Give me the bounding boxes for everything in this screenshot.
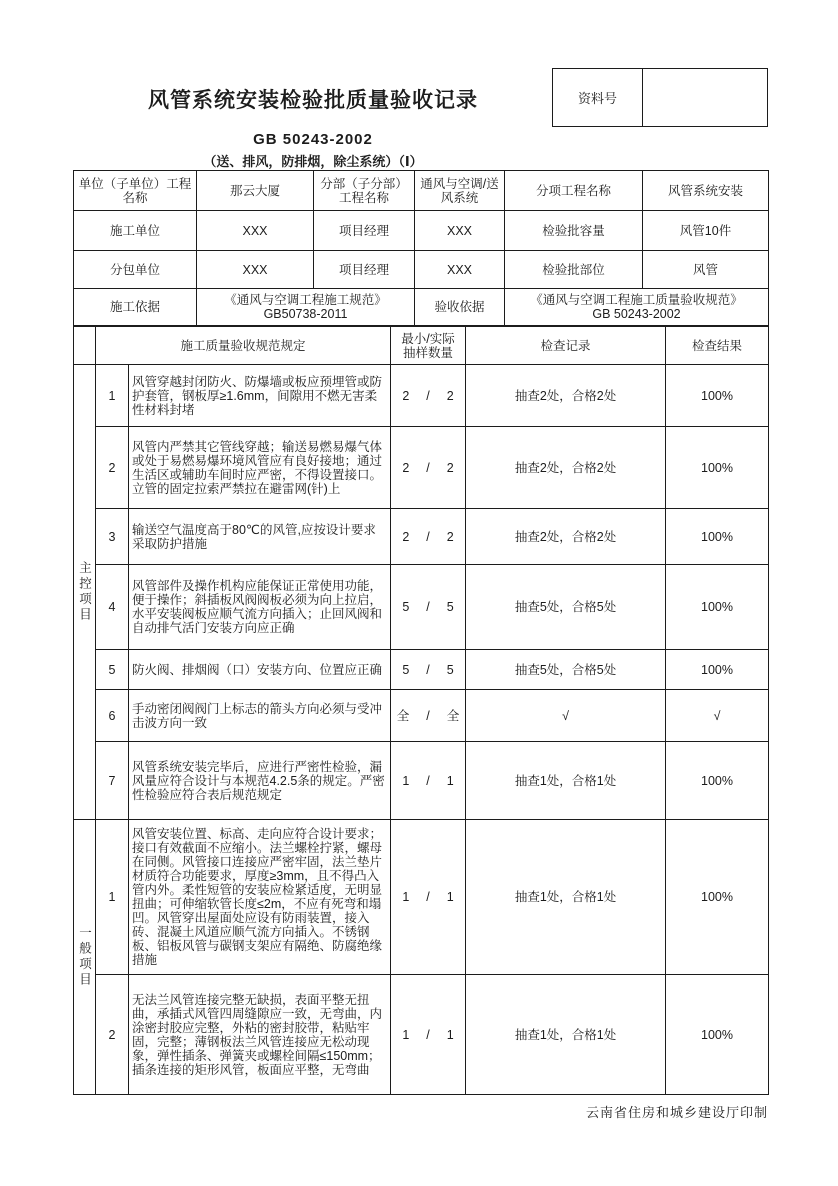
doc-no-box: 资料号 (552, 68, 768, 127)
sample-slash: / (426, 530, 429, 544)
sample-min: 2 (402, 389, 409, 403)
info-label-batch-capacity: 检验批容量 (505, 211, 643, 251)
info-row-project: 单位（子单位）工程名称 那云大厦 分部（子分部）工程名称 通风与空调/送风系统 … (74, 171, 769, 211)
standard-code: GB 50243-2002 (73, 131, 553, 148)
info-value-pm1: XXX (415, 211, 505, 251)
info-label-pm1: 项目经理 (314, 211, 415, 251)
info-row-basis: 施工依据 《通风与空调工程施工规范》 GB50738-2011 验收依据 《通风… (74, 289, 769, 326)
info-value-batch-capacity: 风管10件 (643, 211, 769, 251)
item-spec: 风管内严禁其它管线穿越；输送易燃易爆气体或处于易燃易爆环境风管应有良好接地；通过… (129, 427, 391, 509)
sample-actual: 5 (447, 600, 454, 614)
item-result: 100% (666, 565, 769, 650)
info-value-subcontractor: XXX (197, 251, 314, 289)
sample-min: 1 (402, 1028, 409, 1042)
item-spec: 防火阀、排烟阀（口）安装方向、位置应正确 (129, 650, 391, 690)
item-sample: 1 / 1 (391, 742, 466, 820)
info-label-pm2: 项目经理 (314, 251, 415, 289)
info-value-acceptance-basis: 《通风与空调工程施工质量验收规范》 GB 50243-2002 (505, 289, 769, 326)
sample-min: 全 (397, 709, 410, 723)
sample-actual: 2 (447, 389, 454, 403)
item-result: 100% (666, 509, 769, 565)
table-row: 4 风管部件及操作机构应能保证正常使用功能，便于操作；斜插板风阀阀板必须为向上拉… (74, 565, 769, 650)
items-header-result: 检查结果 (666, 327, 769, 365)
item-no: 1 (96, 365, 129, 427)
info-value-item-project: 风管系统安装 (643, 171, 769, 211)
sample-slash: / (426, 709, 429, 723)
info-value-unit-project: 那云大厦 (197, 171, 314, 211)
sample-slash: / (426, 461, 429, 475)
item-sample: 2 / 2 (391, 365, 466, 427)
doc-no-value (643, 69, 767, 126)
sample-slash: / (426, 890, 429, 904)
info-label-acceptance-basis: 验收依据 (415, 289, 505, 326)
item-record: 抽查2处，合格2处 (466, 427, 666, 509)
items-header-row: 施工质量验收规范规定 最小/实际 抽样数量 检查记录 检查结果 (74, 327, 769, 365)
info-value-pm2: XXX (415, 251, 505, 289)
doc-no-label: 资料号 (553, 69, 643, 126)
item-result: 100% (666, 427, 769, 509)
info-value-sub-project: 通风与空调/送风系统 (415, 171, 505, 211)
item-sample: 1 / 1 (391, 820, 466, 975)
info-label-item-project: 分项工程名称 (505, 171, 643, 211)
construction-basis-line2: GB50738-2011 (200, 307, 411, 321)
item-sample: 5 / 5 (391, 650, 466, 690)
item-record: 抽查1处，合格1处 (466, 742, 666, 820)
section-label-main-control: 主控项目 (74, 365, 96, 820)
item-no: 7 (96, 742, 129, 820)
sample-actual: 2 (447, 530, 454, 544)
section-label-text: 一般项目 (78, 926, 92, 988)
document-sheet: 风管系统安装检验批质量验收记录 GB 50243-2002 （送、排风，防排烟，… (73, 0, 768, 1121)
item-result: 100% (666, 365, 769, 427)
item-no: 1 (96, 820, 129, 975)
table-row: 2 风管内严禁其它管线穿越；输送易燃易爆气体或处于易燃易爆环境风管应有良好接地；… (74, 427, 769, 509)
items-header-sample-line2: 抽样数量 (394, 346, 462, 360)
project-info-table: 单位（子单位）工程名称 那云大厦 分部（子分部）工程名称 通风与空调/送风系统 … (73, 170, 769, 326)
item-no: 3 (96, 509, 129, 565)
item-spec: 输送空气温度高于80℃的风管,应按设计要求采取防护措施 (129, 509, 391, 565)
sample-min: 5 (402, 663, 409, 677)
table-row: 主控项目 1 风管穿越封闭防火、防爆墙或板应预埋管或防护套管，钢板厚≥1.6mm… (74, 365, 769, 427)
item-record: 抽查1处，合格1处 (466, 820, 666, 975)
item-result: 100% (666, 975, 769, 1095)
sample-min: 2 (402, 530, 409, 544)
sample-min: 5 (402, 600, 409, 614)
item-spec: 手动密闭阀阀门上标志的箭头方向必须与受冲击波方向一致 (129, 690, 391, 742)
item-record: 抽查5处，合格5处 (466, 565, 666, 650)
item-no: 2 (96, 975, 129, 1095)
info-label-unit-project: 单位（子单位）工程名称 (74, 171, 197, 211)
item-result: √ (666, 690, 769, 742)
construction-basis-line1: 《通风与空调工程施工规范》 (200, 293, 411, 307)
item-sample: 2 / 2 (391, 427, 466, 509)
item-record: 抽查5处，合格5处 (466, 650, 666, 690)
acceptance-basis-line2: GB 50243-2002 (508, 307, 765, 321)
item-spec: 风管部件及操作机构应能保证正常使用功能，便于操作；斜插板风阀阀板必须为向上拉启，… (129, 565, 391, 650)
item-no: 5 (96, 650, 129, 690)
items-header-spec: 施工质量验收规范规定 (96, 327, 391, 365)
footer-printer-note: 云南省住房和城乡建设厅印制 (73, 1102, 768, 1121)
document-header: 风管系统安装检验批质量验收记录 GB 50243-2002 （送、排风，防排烟，… (73, 0, 768, 170)
item-record: 抽查1处，合格1处 (466, 975, 666, 1095)
item-record: 抽查2处，合格2处 (466, 365, 666, 427)
item-record: 抽查2处，合格2处 (466, 509, 666, 565)
info-label-subcontractor: 分包单位 (74, 251, 197, 289)
info-value-batch-location: 风管 (643, 251, 769, 289)
table-row: 6 手动密闭阀阀门上标志的箭头方向必须与受冲击波方向一致 全 / 全 √ √ (74, 690, 769, 742)
sample-slash: / (426, 663, 429, 677)
info-label-construction-basis: 施工依据 (74, 289, 197, 326)
sample-slash: / (426, 774, 429, 788)
item-sample: 1 / 1 (391, 975, 466, 1095)
sample-slash: / (426, 600, 429, 614)
page-title: 风管系统安装检验批质量验收记录 (73, 84, 553, 114)
acceptance-basis-line1: 《通风与空调工程施工质量验收规范》 (508, 293, 765, 307)
items-header-sample: 最小/实际 抽样数量 (391, 327, 466, 365)
item-sample: 全 / 全 (391, 690, 466, 742)
table-row: 3 输送空气温度高于80℃的风管,应按设计要求采取防护措施 2 / 2 抽查2处… (74, 509, 769, 565)
system-subtitle: （送、排风，防排烟，除尘系统）（Ⅰ） (73, 151, 553, 170)
table-row: 一般项目 1 风管安装位置、标高、走向应符合设计要求；接口有效截面不应缩小。法兰… (74, 820, 769, 975)
section-label-text: 主控项目 (78, 561, 92, 623)
item-no: 4 (96, 565, 129, 650)
info-label-batch-location: 检验批部位 (505, 251, 643, 289)
item-sample: 2 / 2 (391, 509, 466, 565)
sample-actual: 1 (447, 890, 454, 904)
item-record: √ (466, 690, 666, 742)
items-header-sample-line1: 最小/实际 (394, 332, 462, 346)
item-no: 6 (96, 690, 129, 742)
info-value-contractor: XXX (197, 211, 314, 251)
item-no: 2 (96, 427, 129, 509)
info-label-contractor: 施工单位 (74, 211, 197, 251)
items-header-section-spacer (74, 327, 96, 365)
item-sample: 5 / 5 (391, 565, 466, 650)
inspection-items-table: 施工质量验收规范规定 最小/实际 抽样数量 检查记录 检查结果 主控项目 1 风… (73, 326, 769, 1095)
item-result: 100% (666, 650, 769, 690)
sample-actual: 5 (447, 663, 454, 677)
info-row-contractor: 施工单位 XXX 项目经理 XXX 检验批容量 风管10件 (74, 211, 769, 251)
section-label-general: 一般项目 (74, 820, 96, 1095)
item-result: 100% (666, 742, 769, 820)
sample-min: 1 (402, 774, 409, 788)
sample-actual: 全 (447, 709, 460, 723)
sample-actual: 2 (447, 461, 454, 475)
table-row: 5 防火阀、排烟阀（口）安装方向、位置应正确 5 / 5 抽查5处，合格5处 1… (74, 650, 769, 690)
items-header-record: 检查记录 (466, 327, 666, 365)
sample-min: 2 (402, 461, 409, 475)
sample-slash: / (426, 389, 429, 403)
sample-slash: / (426, 1028, 429, 1042)
item-spec: 风管系统安装完毕后，应进行严密性检验，漏风量应符合设计与本规范4.2.5条的规定… (129, 742, 391, 820)
item-spec: 无法兰风管连接完整无缺损，表面平整无扭曲，承插式风管四周缝隙应一致，无弯曲，内涂… (129, 975, 391, 1095)
table-row: 2 无法兰风管连接完整无缺损，表面平整无扭曲，承插式风管四周缝隙应一致，无弯曲，… (74, 975, 769, 1095)
sample-actual: 1 (447, 1028, 454, 1042)
table-row: 7 风管系统安装完毕后，应进行严密性检验，漏风量应符合设计与本规范4.2.5条的… (74, 742, 769, 820)
item-spec: 风管安装位置、标高、走向应符合设计要求；接口有效截面不应缩小。法兰螺栓拧紧，螺母… (129, 820, 391, 975)
info-row-subcontractor: 分包单位 XXX 项目经理 XXX 检验批部位 风管 (74, 251, 769, 289)
info-label-sub-project: 分部（子分部）工程名称 (314, 171, 415, 211)
sample-min: 1 (402, 890, 409, 904)
sample-actual: 1 (447, 774, 454, 788)
info-value-construction-basis: 《通风与空调工程施工规范》 GB50738-2011 (197, 289, 415, 326)
item-result: 100% (666, 820, 769, 975)
item-spec: 风管穿越封闭防火、防爆墙或板应预埋管或防护套管，钢板厚≥1.6mm，间隙用不燃无… (129, 365, 391, 427)
